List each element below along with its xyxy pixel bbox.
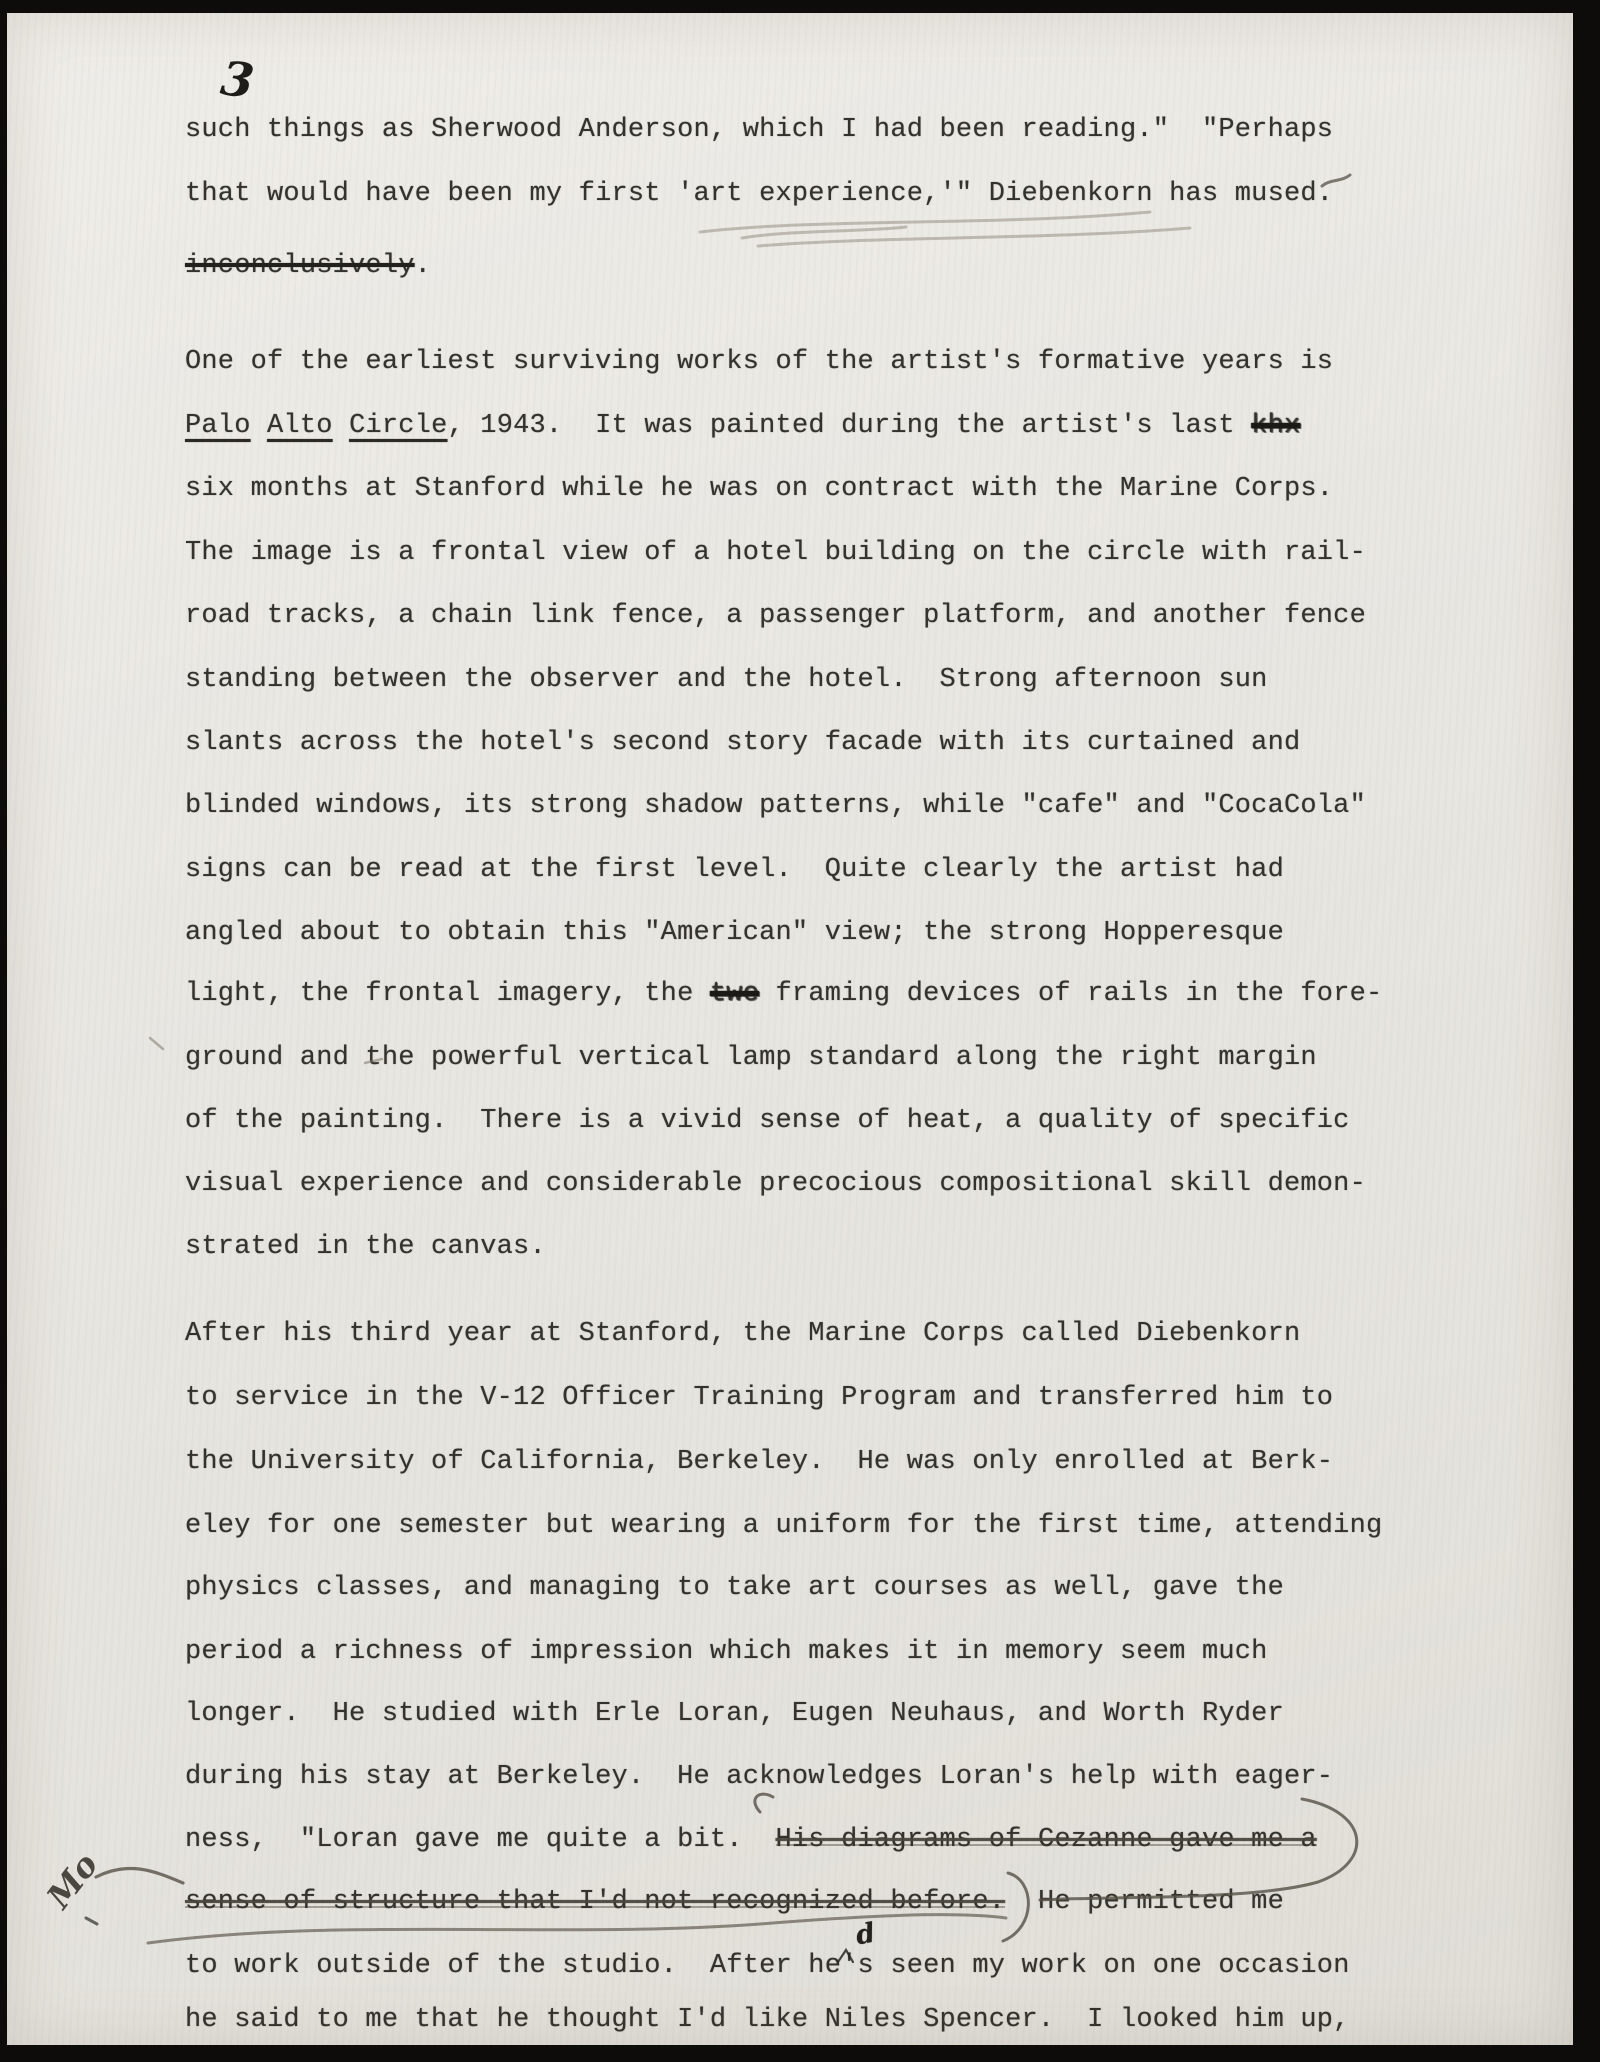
typed-text: framing devices of rails in the fore- bbox=[759, 979, 1382, 1009]
text-line: standing between the observer and the ho… bbox=[185, 667, 1268, 694]
pencil-struck-text: His diagrams of Cezanne gave me a bbox=[776, 1825, 1317, 1855]
corrected-text: sd bbox=[858, 1951, 874, 1981]
paper-sheet: 3 Mo such things as Sherwood Anderson, w… bbox=[7, 13, 1573, 2045]
typed-text: light, the frontal imagery, the bbox=[185, 979, 710, 1009]
typed-text: eley for one semester but wearing a unif… bbox=[185, 1511, 1382, 1541]
typed-text: period a richness of impression which ma… bbox=[185, 1637, 1268, 1667]
text-line: light, the frontal imagery, the twe fram… bbox=[185, 981, 1382, 1008]
typed-struck-text: khx bbox=[1251, 411, 1300, 441]
text-line: he said to me that he thought I'd like N… bbox=[185, 2007, 1350, 2034]
typed-text: He permitted me bbox=[1005, 1887, 1284, 1917]
scanned-manuscript-page: { "page": { "number": "3", "margin_note"… bbox=[0, 0, 1600, 2062]
typed-text: of the painting. There is a vivid sense … bbox=[185, 1106, 1350, 1136]
typed-text: visual experience and considerable preco… bbox=[185, 1169, 1366, 1199]
typed-text: such things as Sherwood Anderson, which … bbox=[185, 115, 1333, 145]
text-line: during his stay at Berkeley. He acknowle… bbox=[185, 1764, 1333, 1791]
text-line: to work outside of the studio. After he'… bbox=[185, 1953, 1350, 1980]
typed-text: he said to me that he thought I'd like N… bbox=[185, 2005, 1350, 2035]
pencil-struck-text: sense of structure that I'd not recogniz… bbox=[185, 1887, 1005, 1917]
typed-text: strated in the canvas. bbox=[185, 1232, 546, 1262]
typed-struck-text: inconclusively bbox=[185, 251, 415, 281]
text-line: strated in the canvas. bbox=[185, 1234, 546, 1261]
text-line: ness, "Loran gave me quite a bit. His di… bbox=[185, 1827, 1317, 1854]
text-line: period a richness of impression which ma… bbox=[185, 1639, 1268, 1666]
text-line: One of the earliest surviving works of t… bbox=[185, 349, 1333, 376]
typed-text bbox=[251, 411, 267, 441]
typed-text: , 1943. It was painted during the artist… bbox=[447, 411, 1251, 441]
text-line: physics classes, and managing to take ar… bbox=[185, 1575, 1284, 1602]
text-line: eley for one semester but wearing a unif… bbox=[185, 1513, 1382, 1540]
typed-text: blinded windows, its strong shadow patte… bbox=[185, 791, 1366, 821]
text-line: inconclusively. bbox=[185, 253, 431, 280]
underlined-title-text: Palo bbox=[185, 411, 251, 441]
typed-text: standing between the observer and the ho… bbox=[185, 665, 1268, 695]
text-line: visual experience and considerable preco… bbox=[185, 1171, 1366, 1198]
text-line: slants across the hotel's second story f… bbox=[185, 730, 1300, 757]
typed-text: road tracks, a chain link fence, a passe… bbox=[185, 601, 1366, 631]
underlined-title-text: Circle bbox=[349, 411, 447, 441]
text-line: that would have been my first 'art exper… bbox=[185, 181, 1333, 208]
text-line: longer. He studied with Erle Loran, Euge… bbox=[185, 1701, 1284, 1728]
text-line: After his third year at Stanford, the Ma… bbox=[185, 1321, 1300, 1348]
typed-text: to service in the V-12 Officer Training … bbox=[185, 1383, 1333, 1413]
typed-text: slants across the hotel's second story f… bbox=[185, 728, 1300, 758]
text-line: blinded windows, its strong shadow patte… bbox=[185, 793, 1366, 820]
typed-text: physics classes, and managing to take ar… bbox=[185, 1573, 1284, 1603]
typed-text: The image is a frontal view of a hotel b… bbox=[185, 538, 1366, 568]
underlined-title-text: Alto bbox=[267, 411, 333, 441]
typed-text: that would have been my first 'art exper… bbox=[185, 179, 1333, 209]
text-line: ground and the powerful vertical lamp st… bbox=[185, 1045, 1317, 1072]
typed-text: ground and the powerful vertical lamp st… bbox=[185, 1043, 1317, 1073]
text-line: sense of structure that I'd not recogniz… bbox=[185, 1889, 1284, 1916]
text-line: of the painting. There is a vivid sense … bbox=[185, 1108, 1350, 1135]
typed-text-block: such things as Sherwood Anderson, which … bbox=[7, 13, 1573, 2045]
typed-text: to work outside of the studio. After he' bbox=[185, 1951, 858, 1981]
typed-text: during his stay at Berkeley. He acknowle… bbox=[185, 1762, 1333, 1792]
typed-text: six months at Stanford while he was on c… bbox=[185, 474, 1333, 504]
text-line: angled about to obtain this "American" v… bbox=[185, 920, 1284, 947]
typed-text: the University of California, Berkeley. … bbox=[185, 1447, 1333, 1477]
typed-text: After his third year at Stanford, the Ma… bbox=[185, 1319, 1300, 1349]
text-line: The image is a frontal view of a hotel b… bbox=[185, 540, 1366, 567]
typed-text: ness, "Loran gave me quite a bit. bbox=[185, 1825, 776, 1855]
typed-text: signs can be read at the first level. Qu… bbox=[185, 855, 1284, 885]
text-line: six months at Stanford while he was on c… bbox=[185, 476, 1333, 503]
text-line: road tracks, a chain link fence, a passe… bbox=[185, 603, 1366, 630]
typed-text: One of the earliest surviving works of t… bbox=[185, 347, 1333, 377]
typed-text: . bbox=[415, 251, 431, 281]
typed-text: seen my work on one occasion bbox=[874, 1951, 1350, 1981]
typed-text: longer. He studied with Erle Loran, Euge… bbox=[185, 1699, 1284, 1729]
typed-text: angled about to obtain this "American" v… bbox=[185, 918, 1284, 948]
handwritten-insert-d: d bbox=[853, 1920, 876, 1950]
text-line: Palo Alto Circle, 1943. It was painted d… bbox=[185, 413, 1300, 440]
text-line: such things as Sherwood Anderson, which … bbox=[185, 117, 1333, 144]
typed-text bbox=[333, 411, 349, 441]
typed-struck-text: twe bbox=[710, 979, 759, 1009]
text-line: the University of California, Berkeley. … bbox=[185, 1449, 1333, 1476]
text-line: signs can be read at the first level. Qu… bbox=[185, 857, 1284, 884]
text-line: to service in the V-12 Officer Training … bbox=[185, 1385, 1333, 1412]
